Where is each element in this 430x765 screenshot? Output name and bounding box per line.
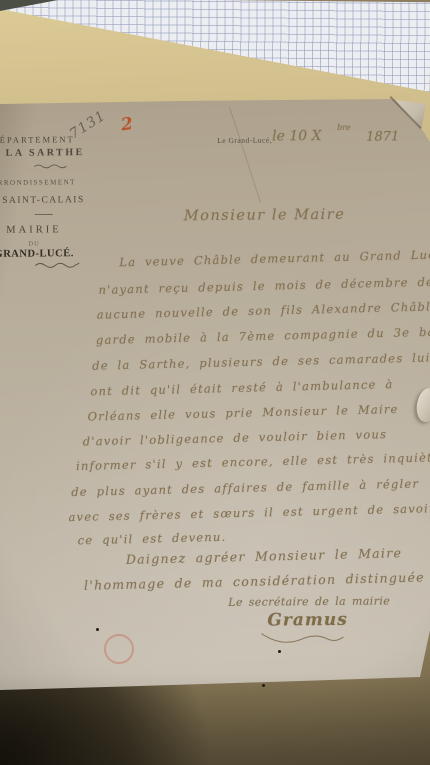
red-crayon-number: 2 [120,114,135,136]
body-line: n'ayant reçu depuis le mois de décembre … [98,274,430,297]
letterhead-commune: GRAND-LUCÉ. [0,248,93,260]
letterhead-arrondissement-line2: DE SAINT-CALAIS [0,195,93,206]
body-line: ce qu'il est devenu. [78,530,227,548]
body-line: de la Sarthe, plusieurs de ses camarades… [92,350,430,372]
body-line: avec ses frères et sœurs il est urgent d… [68,501,430,524]
ornament-flourish [0,163,92,164]
dateline-printed-place: Le Grand-Lucé, [217,135,272,144]
body-line: aucune nouvelle de son fils Alexandre Ch… [97,299,430,321]
letterhead-arrondissement-line1: ARRONDISSEMENT [0,178,93,187]
dateline-year: 1871 [366,129,399,144]
letterhead-department-line2: DE LA SARTHE [0,147,92,159]
body-line: Orléans elle vous prie Monsieur le Maire [87,402,398,424]
dateline-handwritten-date: le 10 X [272,128,322,144]
body-line: La veuve Châble demeurant au Grand Luc [119,248,430,270]
body-line: de plus ayant des affaires de famille à … [71,476,419,498]
photo-of-letter: DÉPARTEMENT DE LA SARTHE ARRONDISSEMENT … [0,0,430,765]
ornament-flourish [0,261,93,262]
letterhead-mairie: MAIRIE [0,224,93,236]
body-line: garde mobile à la 7ème compagnie du 3e b… [96,324,430,347]
signoff-role: Le secrétaire de la mairie [228,594,390,608]
letter-content: DÉPARTEMENT DE LA SARTHE ARRONDISSEMENT … [0,0,430,765]
body-line: d'avoir l'obligeance de vouloir bien vou… [83,427,388,448]
dateline-month-superscript: bre [337,123,351,132]
letterhead-du: DU [0,240,93,248]
ornament-dash [0,212,93,213]
body-line: informer s'il y est encore, elle est trè… [76,450,430,473]
closing-line: l'hommage de ma considération distinguée [84,569,425,592]
salutation: Monsieur le Maire [184,207,346,224]
body-line: ont dit qu'il était resté à l'ambulance … [90,377,393,398]
closing-line: Daignez agréer Monsieur le Maire [126,545,403,567]
